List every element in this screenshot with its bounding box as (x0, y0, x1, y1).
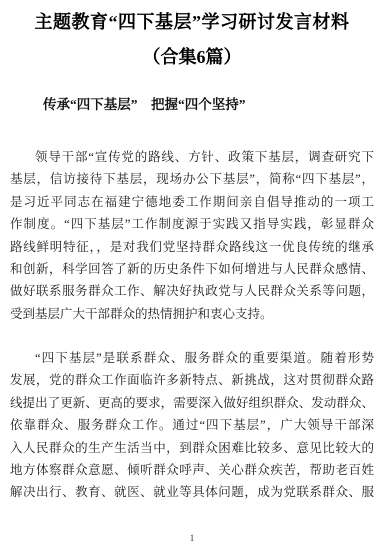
text-line: 是习近平同志在福建宁德地委工作期间亲自倡导推动的一项工 (10, 191, 374, 213)
text-line: 作制度。“四下基层”工作制度源于实践又指导实践，彰显群众 (10, 213, 374, 235)
text-line: 做好联系服务群众工作、解决好执政党与人民群众关系等问题， (10, 280, 374, 302)
text-line: 发展，党的群众工作面临许多新特点、新挑战，这对贯彻群众路 (10, 369, 374, 391)
text-line: 入人民群众的生产生活当中，到群众困难比较多、意见比较大的 (10, 437, 374, 459)
text-line: 路线鲜明特征，，是对我们党坚持群众路线这一优良传统的继承 (10, 236, 374, 258)
text-line: 基层，信访接待下基层，现场办公下基层”，简称“四下基层”， (10, 168, 374, 190)
text-line: “四下基层”是联系群众、服务群众的重要渠道。随着形势 (10, 347, 374, 369)
document-title-line1: 主题教育“四下基层”学习研讨发言材料 (0, 9, 384, 35)
document-page: 主题教育“四下基层”学习研讨发言材料 （合集6篇） 传承“四下基层” 把握“四个… (0, 0, 384, 550)
text-line: 依靠群众、服务群众工作。通过“四下基层”，广大领导干部深 (10, 414, 374, 436)
text-line: 线提出了更新、更高的要求，需要深入做好组织群众、发动群众、 (10, 392, 374, 414)
paragraph-2: “四下基层”是联系群众、服务群众的重要渠道。随着形势 发展，党的群众工作面临许多… (10, 347, 374, 504)
text-line: 解决出行、教育、就医、就业等具体问题，成为党联系群众、服 (10, 481, 374, 503)
text-line: 地方体察群众意愿、倾听群众呼声、关心群众疾苦，帮助老百姓 (10, 459, 374, 481)
text-line: 领导干部“宣传党的路线、方针、政策下基层，调查研究下 (10, 146, 374, 168)
page-number: 1 (0, 532, 384, 544)
paragraph-1: 领导干部“宣传党的路线、方针、政策下基层，调查研究下 基层，信访接待下基层，现场… (10, 146, 374, 325)
text-line: 受到基层广大干部群众的热情拥护和衷心支持。 (10, 303, 374, 325)
text-line: 和创新，科学回答了新的历史条件下如何增进与人民群众感情、 (10, 258, 374, 280)
document-title-line2: （合集6篇） (0, 44, 384, 70)
section-heading: 传承“四下基层” 把握“四个坚持” (10, 95, 374, 115)
